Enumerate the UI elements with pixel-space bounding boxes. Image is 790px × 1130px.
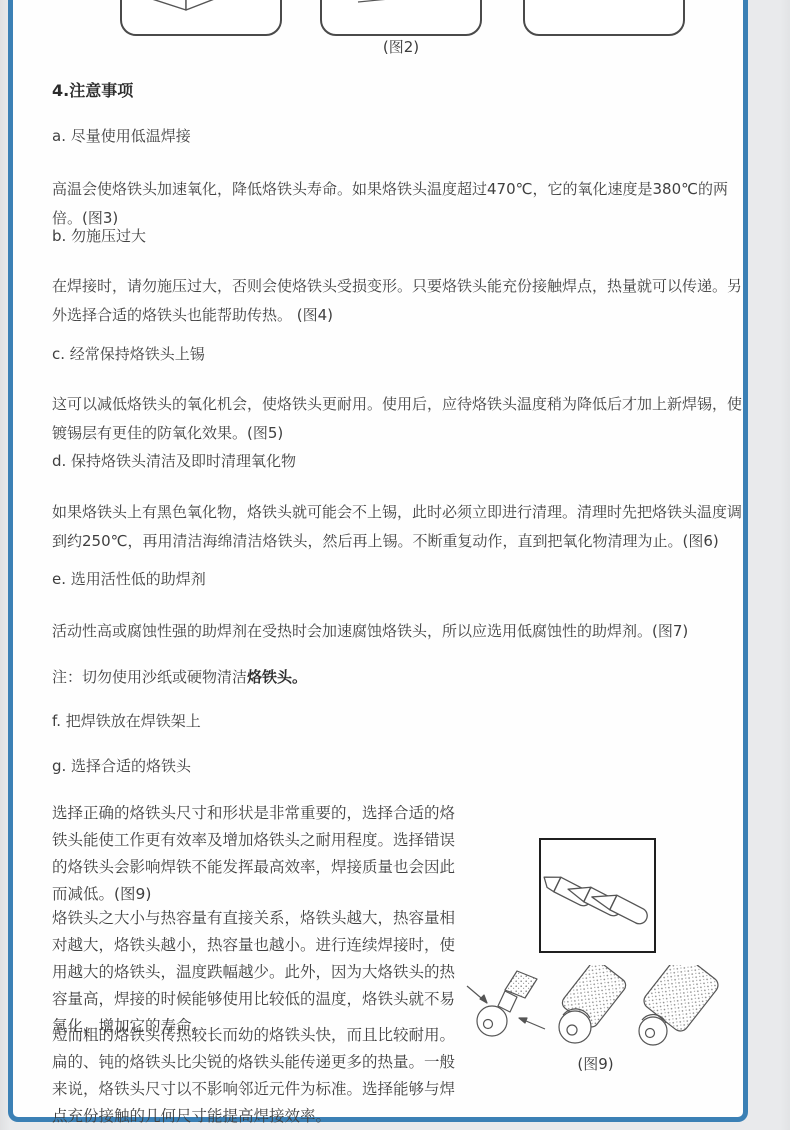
- fig9-abrasive-row: [465, 965, 720, 1050]
- fig2-image-pcb: [320, 0, 482, 36]
- soldering-tips-figure: [541, 840, 650, 947]
- item-g-body3: 短而粗的烙铁头传热较长而幼的烙铁头快，而且比较耐用。扁的、钝的烙铁头比尖锐的烙铁…: [52, 1022, 462, 1130]
- item-a-body: 高温会使烙铁头加速氧化，降低烙铁头寿命。如果烙铁头温度超过470℃，它的氧化速度…: [52, 175, 752, 233]
- manual-page-sheet: (图2) 4.注意事项 a. 尽量使用低温焊接 高温会使烙铁头加速氧化，降低烙铁…: [8, 0, 748, 1122]
- item-g-title: g. 选择合适的烙铁头: [52, 755, 191, 776]
- iron-stand-figure: [122, 0, 276, 32]
- item-b-body: 在焊接时，请勿施压过大，否则会使烙铁头受损变形。只要烙铁头能充份接触焊点，热量就…: [52, 272, 752, 330]
- item-g-body2: 烙铁头之大小与热容量有直接关系，烙铁头越大，热容量相对越大，烙铁头越小，热容量也…: [52, 905, 462, 1040]
- item-d-body: 如果烙铁头上有黑色氧化物，烙铁头就可能会不上锡，此时必须立即进行清理。清理时先把…: [52, 498, 752, 556]
- note-bold-text: 烙铁头。: [247, 668, 307, 686]
- item-f-title: f. 把焊铁放在焊铁架上: [52, 710, 201, 731]
- item-e-title: e. 选用活性低的助焊剂: [52, 568, 206, 589]
- item-b-title: b. 勿施压过大: [52, 225, 146, 246]
- section-heading: 4.注意事项: [52, 78, 133, 101]
- fig2-image-sponge-box: [523, 0, 685, 36]
- fig9-caption: (图9): [539, 1053, 652, 1074]
- fig9-tips-box: [539, 838, 656, 953]
- item-e-body: 活动性高或腐蚀性强的助焊剂在受热时会加速腐蚀烙铁头，所以应选用低腐蚀性的助焊剂。…: [52, 617, 752, 646]
- pcb-soldering-figure: [322, 0, 476, 32]
- fig2-caption: (图2): [351, 36, 451, 57]
- item-c-title: c. 经常保持烙铁头上锡: [52, 343, 205, 364]
- abrasive-cleaning-figure: [465, 965, 720, 1050]
- solder-box-figure: [525, 0, 679, 32]
- note-text: 注：切勿使用沙纸或硬物清洁: [52, 668, 247, 686]
- item-g-body1: 选择正确的烙铁头尺寸和形状是非常重要的，选择合适的烙铁头能使工作更有效率及增加烙…: [52, 800, 462, 908]
- note-line: 注：切勿使用沙纸或硬物清洁烙铁头。: [52, 666, 307, 687]
- item-c-body: 这可以减低烙铁头的氧化机会，使烙铁头更耐用。使用后，应待烙铁头温度稍为降低后才加…: [52, 390, 752, 448]
- item-a-title: a. 尽量使用低温焊接: [52, 125, 191, 146]
- item-d-title: d. 保持烙铁头清洁及即时清理氧化物: [52, 450, 296, 471]
- fig2-image-iron-stand: [120, 0, 282, 36]
